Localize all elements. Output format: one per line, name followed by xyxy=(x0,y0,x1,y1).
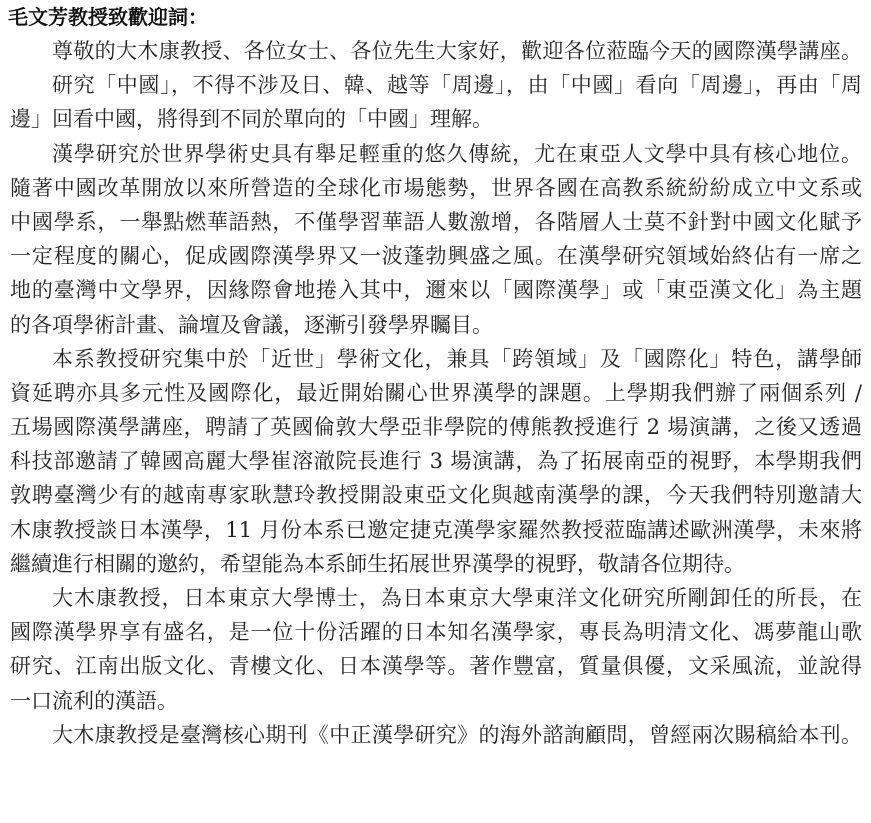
paragraph-4-line-4: 科技部邀請了韓國高麗大學崔溶澈院長進行 3 場演講，為了拓展南亞的視野，本學期我… xyxy=(10,444,862,478)
paragraph-3-line-6: 的各項學術計畫、論壇及會議，逐漸引發學界矚目。 xyxy=(10,308,862,342)
paragraph-5-line-2: 國際漢學界享有盛名，是一位十份活躍的日本知名漢學家，專長為明清文化、馮夢龍山歌 xyxy=(10,615,862,649)
paragraph-3-line-3: 中國學系，一舉點燃華語熱，不僅學習華語人數激增，各階層人士莫不針對中國文化賦予 xyxy=(10,205,862,239)
paragraph-4-line-5: 敦聘臺灣少有的越南專家耿慧玲教授開設東亞文化與越南漢學的課，今天我們特別邀請大 xyxy=(10,478,862,512)
paragraph-3-line-5: 地的臺灣中文學界，因緣際會地捲入其中，邇來以「國際漢學」或「東亞漢文化」為主題 xyxy=(10,273,862,307)
paragraph-4-line-7: 繼續進行相關的邀約，希望能為本系師生拓展世界漢學的視野，敬請各位期待。 xyxy=(10,547,862,581)
paragraph-3-line-2: 隨著中國改革開放以來所營造的全球化市場態勢，世界各國在高教系統紛紛成立中文系或 xyxy=(10,171,862,205)
paragraph-3-line-1: 漢學研究於世界學術史具有舉足輕重的悠久傳統，尤在東亞人文學中具有核心地位。 xyxy=(10,137,862,171)
paragraph-4-line-3: 五場國際漢學講座，聘請了英國倫敦大學亞非學院的傅熊教授進行 2 場演講，之後又透… xyxy=(10,410,862,444)
paragraph-4-line-1: 本系教授研究集中於「近世」學術文化，兼具「跨領域」及「國際化」特色，講學師 xyxy=(10,342,862,376)
paragraph-1-line-1: 尊敬的大木康教授、各位女士、各位先生大家好，歡迎各位蒞臨今天的國際漢學講座。 xyxy=(10,34,862,68)
document-body: 尊敬的大木康教授、各位女士、各位先生大家好，歡迎各位蒞臨今天的國際漢學講座。 研… xyxy=(10,34,862,752)
document-page: 毛文芳教授致歡迎詞： 尊敬的大木康教授、各位女士、各位先生大家好，歡迎各位蒞臨今… xyxy=(0,0,871,823)
paragraph-3-line-4: 一定程度的關心，促成國際漢學界又一波蓬勃興盛之風。在漢學研究領域始終佔有一席之 xyxy=(10,239,862,273)
paragraph-4-line-6: 木康教授談日本漢學，11 月份本系已邀定捷克漢學家羅然教授蒞臨講述歐洲漢學，未來… xyxy=(10,513,862,547)
paragraph-5-line-1: 大木康教授，日本東京大學博士，為日本東京大學東洋文化研究所剛卸任的所長，在 xyxy=(10,581,862,615)
paragraph-2-line-1: 研究「中國」，不得不涉及日、韓、越等「周邊」，由「中國」看向「周邊」，再由「周 xyxy=(10,68,862,102)
paragraph-4-line-2: 資延聘亦具多元性及國際化，最近開始關心世界漢學的課題。上學期我們辦了兩個系列 / xyxy=(10,376,862,410)
paragraph-6-line-1: 大木康教授是臺灣核心期刊《中正漢學研究》的海外諮詢顧問，曾經兩次賜稿給本刊。 xyxy=(10,718,862,752)
paragraph-5-line-4: 一口流利的漢語。 xyxy=(10,684,862,718)
document-title: 毛文芳教授致歡迎詞： xyxy=(8,4,208,30)
paragraph-2-line-2: 邊」回看中國，將得到不同於單向的「中國」理解。 xyxy=(10,102,862,136)
paragraph-5-line-3: 研究、江南出版文化、青樓文化、日本漢學等。著作豐富，質量俱優，文采風流，並說得 xyxy=(10,649,862,683)
